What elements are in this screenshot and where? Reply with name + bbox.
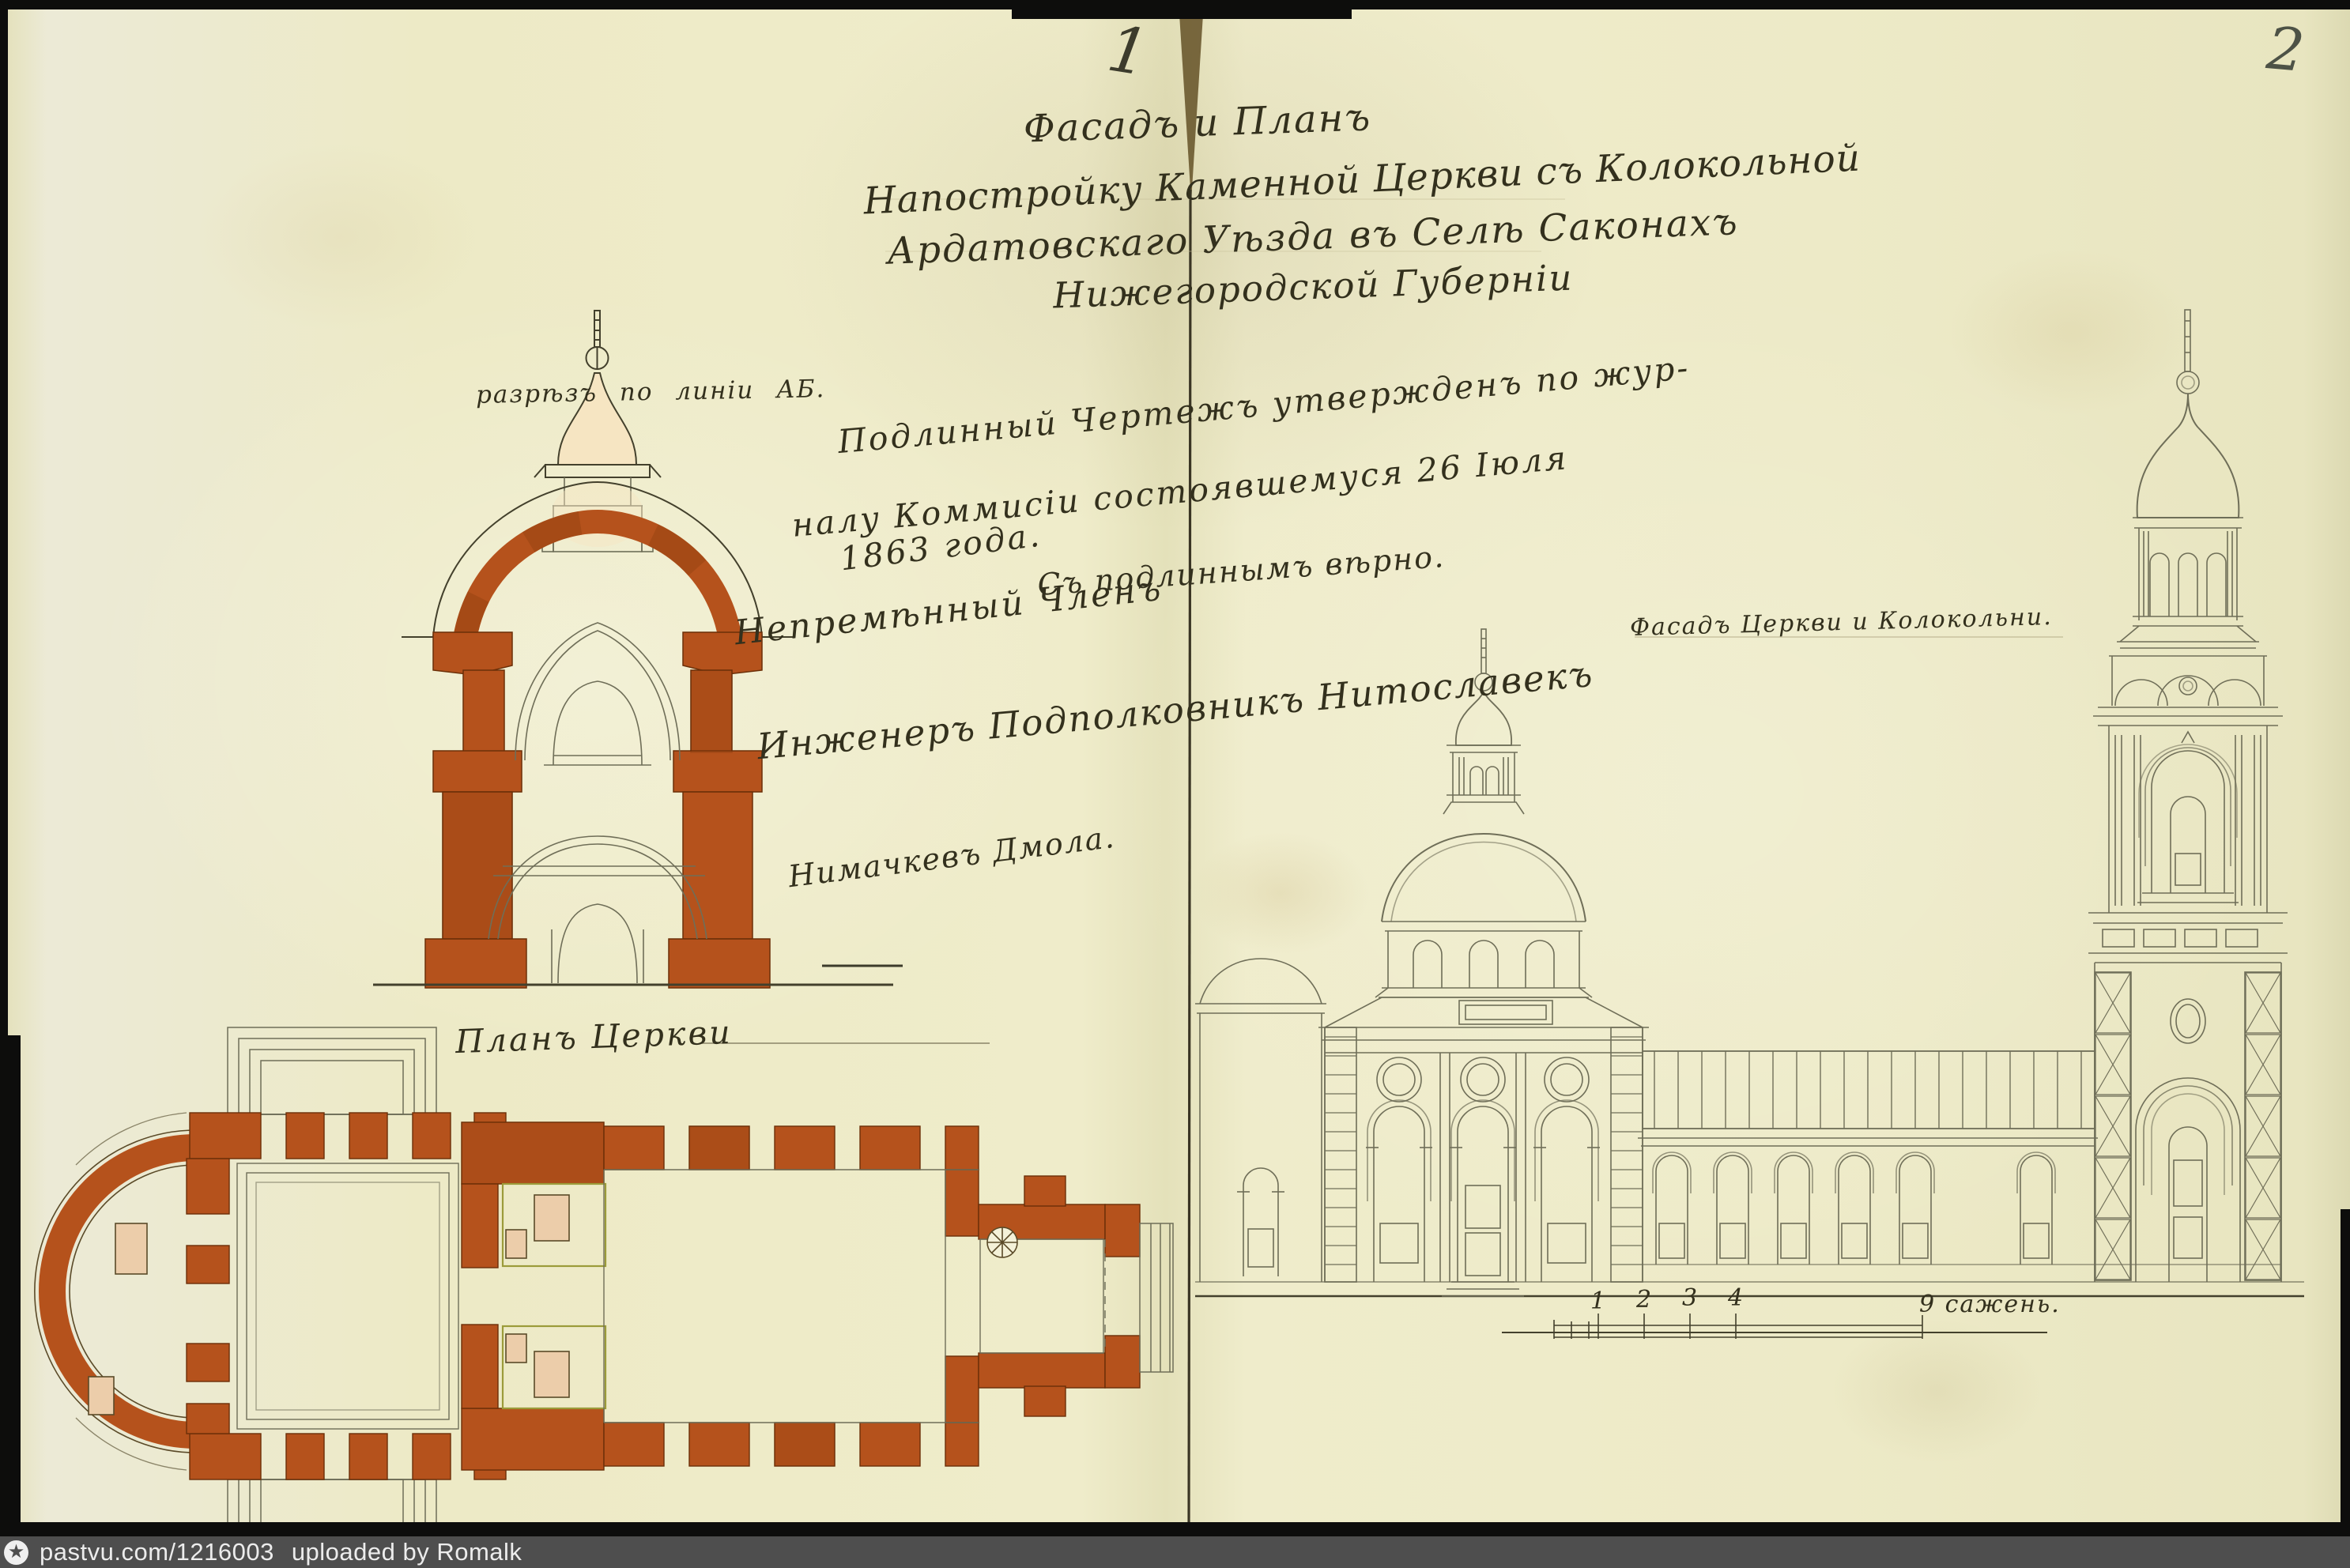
plan-apse	[35, 1113, 196, 1470]
page-number-left: 1	[1103, 12, 1154, 91]
scale-tick-1: 1	[1590, 1287, 1605, 1315]
floor-plan-drawing	[6, 1020, 1176, 1536]
scan-edge-right	[2341, 1209, 2350, 1536]
facade-church-cube	[1318, 1027, 1649, 1296]
title-line-1: Фасадъ и Планъ	[952, 92, 1443, 154]
cross-section-drawing	[360, 304, 905, 996]
facade-church-drum	[1375, 922, 1592, 997]
plan-masonry-walls	[187, 1113, 1140, 1479]
pastvu-star-icon: ★	[4, 1540, 28, 1565]
plan-side-rooms	[503, 1184, 605, 1408]
watermark-uploader: uploaded by Romalk	[292, 1538, 522, 1566]
facade-refectory	[1638, 1051, 2098, 1265]
paper-spread: 1 2 3 4 9 сажень. 1 2 Фасадъ и Планъ Нап…	[0, 0, 2350, 1536]
plan-steps-right	[1140, 1223, 1173, 1372]
scanned-document: 1 2 3 4 9 сажень. 1 2 Фасадъ и Планъ Нап…	[0, 0, 2350, 1568]
tower-bottom-tier	[2095, 963, 2281, 1282]
scale-bar-numbers: 1 2 3 4 9 сажень.	[1590, 1284, 2061, 1318]
tower-belfry	[2117, 518, 2259, 648]
scan-edge-left-lower	[0, 1035, 21, 1536]
section-label: разрѣзъ по линіи АБ.	[476, 375, 826, 409]
watermark-bar: ★ pastvu.com/1216003 uploaded by Romalk	[0, 1536, 2350, 1568]
plan-stair-circle	[987, 1227, 1017, 1257]
tower-upper-arch-tier	[2109, 726, 2267, 913]
tower-entablature	[2088, 913, 2288, 963]
page-number-right: 2	[2264, 14, 2307, 85]
tower-kokoshnik-band	[2093, 656, 2283, 726]
facade-church-roof	[1325, 997, 1643, 1027]
facade-bell-tower	[2088, 310, 2288, 1282]
facade-church-lantern	[1443, 745, 1524, 814]
tower-spire-icon	[2177, 310, 2199, 394]
section-inner-arches	[488, 623, 707, 983]
scale-tick-3: 3	[1682, 1284, 1697, 1312]
scan-edge-binding-top	[1012, 0, 1352, 19]
watermark-site-link[interactable]: pastvu.com/1216003	[40, 1538, 274, 1566]
plan-steps-top	[228, 1027, 436, 1114]
scale-tick-4: 4	[1727, 1284, 1743, 1312]
facade-apse	[1195, 959, 1326, 1282]
scale-tick-2: 2	[1635, 1286, 1651, 1314]
tower-onion-dome	[2137, 394, 2239, 518]
facade-church-dome	[1382, 834, 1586, 922]
facade-church-steps	[1442, 1282, 1524, 1296]
scan-edge-bottom	[0, 1522, 2350, 1536]
section-masonry-piers	[425, 632, 770, 988]
scale-unit-label: 9 сажень.	[1919, 1291, 2061, 1318]
section-finial-icon	[587, 311, 609, 369]
